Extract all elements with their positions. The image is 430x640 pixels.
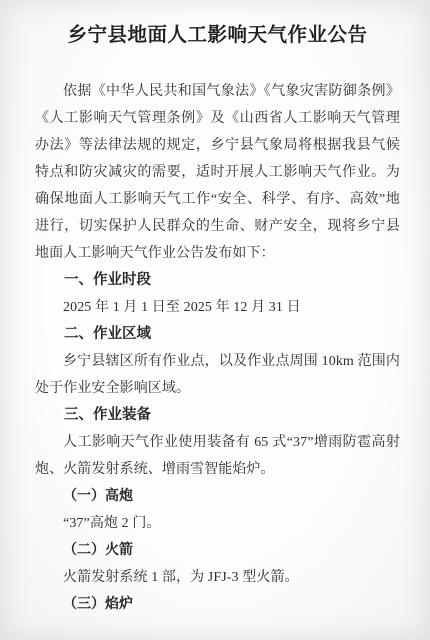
intro-paragraph: 依据《中华人民共和国气象法》《气象灾害防御条例》《人工影响天气管理条例》及《山西… bbox=[35, 78, 400, 267]
equipment-item-cannon-detail: “37”高炮 2 门。 bbox=[35, 510, 400, 537]
section-body-operation-period: 2025 年 1 月 1 日至 2025 年 12 月 31 日 bbox=[35, 294, 400, 321]
equipment-item-cannon-label: （一）高炮 bbox=[35, 483, 400, 510]
section-body-operation-equipment: 人工影响天气作业使用装备有 65 式“37”增雨防雹高射炮、火箭发射系统、增雨雪… bbox=[35, 429, 400, 483]
document-title: 乡宁县地面人工影响天气作业公告 bbox=[35, 23, 400, 49]
section-heading-operation-area: 二、作业区域 bbox=[35, 321, 400, 348]
equipment-item-rocket-detail: 火箭发射系统 1 部，为 JFJ-3 型火箭。 bbox=[35, 564, 400, 591]
equipment-item-flame-furnace-label: （三）焰炉 bbox=[35, 591, 400, 618]
section-body-operation-area: 乡宁县辖区所有作业点，以及作业点周围 10km 范围内处于作业安全影响区域。 bbox=[35, 348, 400, 402]
announcement-document: 乡宁县地面人工影响天气作业公告 依据《中华人民共和国气象法》《气象灾害防御条例》… bbox=[0, 0, 430, 640]
section-heading-operation-equipment: 三、作业装备 bbox=[35, 402, 400, 429]
equipment-item-rocket-label: （二）火箭 bbox=[35, 537, 400, 564]
section-heading-operation-period: 一、作业时段 bbox=[35, 267, 400, 294]
